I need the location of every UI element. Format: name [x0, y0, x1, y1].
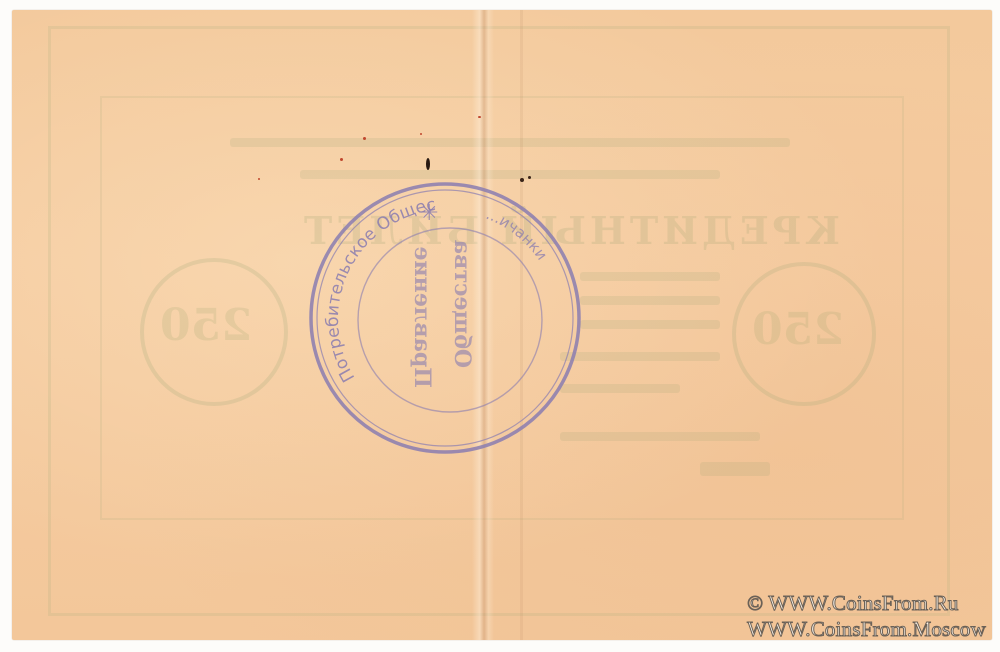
watermark-line-1: © WWW.CoinsFrom.Ru [747, 590, 986, 616]
red-speck [363, 137, 366, 140]
red-speck [478, 116, 481, 118]
stamp-center-text-1: Правление [409, 246, 435, 388]
show-through-right-denomination: 250 [752, 304, 844, 355]
red-speck [340, 158, 343, 161]
show-through-text-line [580, 320, 720, 329]
show-through-left-denomination: 250 [160, 300, 252, 351]
watermark-line-2: WWW.CoinsFrom.Moscow [747, 616, 986, 642]
ink-speck [426, 158, 430, 170]
show-through-text-line [230, 138, 790, 147]
red-speck [258, 178, 260, 180]
stamp-center-text-2: Общества [449, 240, 475, 368]
purple-seal-stamp: Потребительское Общество ...ичанки ✳ Пра… [305, 178, 585, 458]
show-through-text-line [580, 272, 720, 281]
show-through-text-line [700, 462, 770, 476]
show-through-text-line [580, 296, 720, 305]
show-through-text-line [560, 432, 760, 441]
watermark: © WWW.CoinsFrom.Ru WWW.CoinsFrom.Moscow [747, 590, 986, 642]
red-speck [420, 133, 422, 135]
stamp-ring-text-right: ...ичанки [484, 205, 551, 264]
star-icon: ✳ [420, 200, 438, 225]
